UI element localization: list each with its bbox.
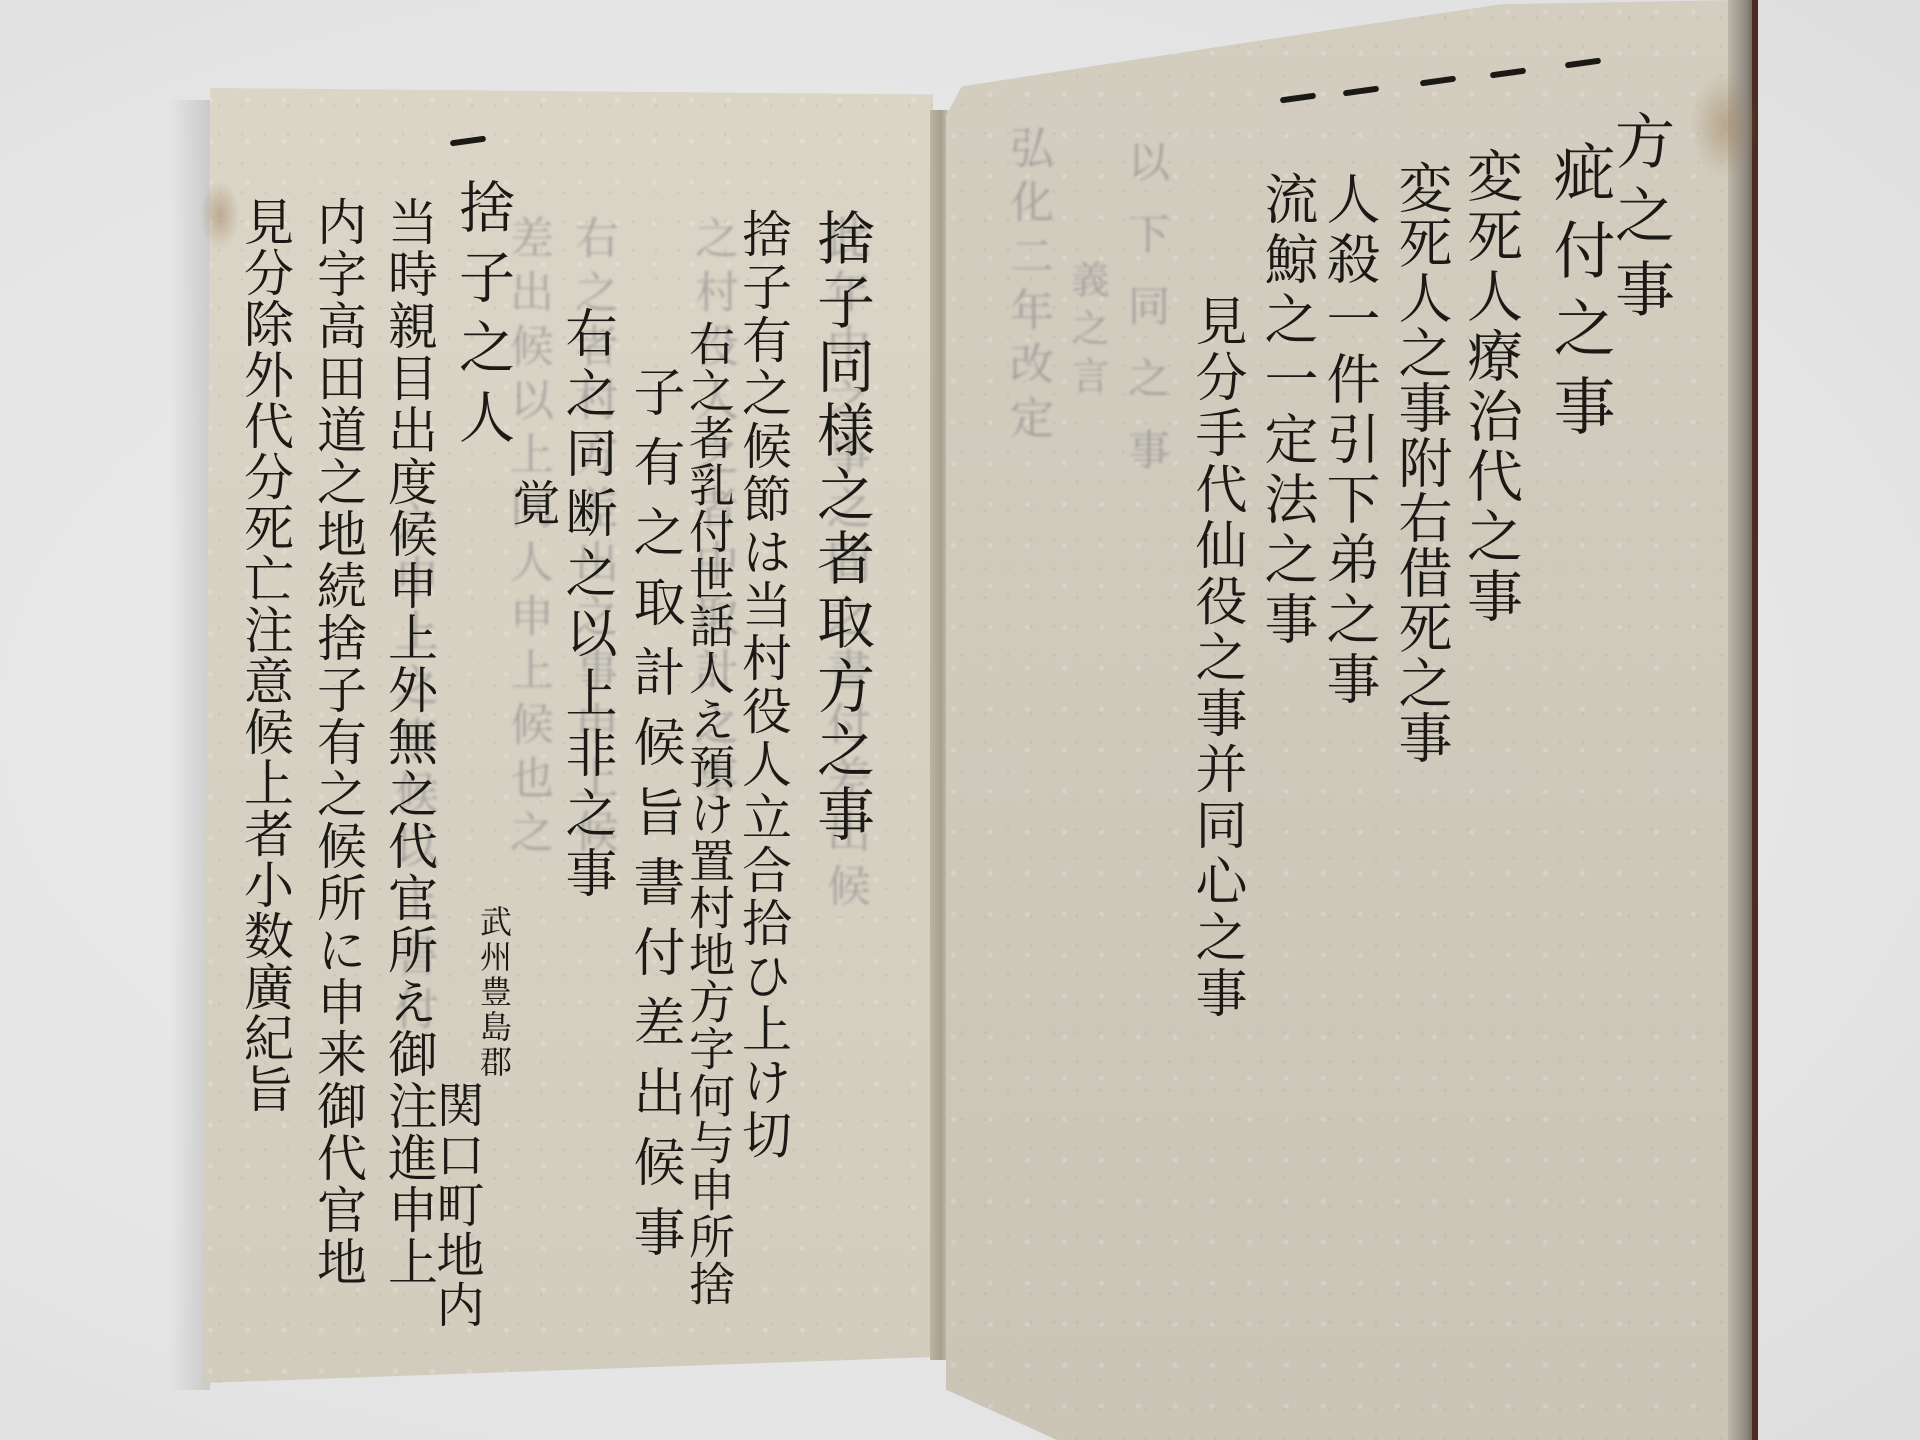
text-column: 当時親目出度候申上外無之代官所え御注進申上 <box>384 196 434 1288</box>
page-edge-shadow <box>1728 0 1754 1440</box>
text-column: 内字高田道之地続捨子有之候所に申来御代官地 <box>313 196 363 1288</box>
text-column: 子有之取計候旨書付差出候事 <box>628 365 680 1275</box>
book-gutter <box>930 110 948 1360</box>
note-column: 見分手代仙役之事并同心之事 <box>1190 294 1242 1022</box>
book-cover-edge <box>1752 0 1758 1440</box>
text-column: 右之同断之以上非之事 <box>560 306 612 906</box>
list-item: 疵付之事 <box>1548 140 1610 452</box>
text-column: 捨子有之候節は当村役人立合拾ひ上け切 <box>738 208 788 1162</box>
bleed-through-text: 義之言 <box>1068 260 1106 404</box>
section-heading: 覚 <box>508 478 556 530</box>
bleed-through-text: 弘化二年改定 <box>1005 125 1049 449</box>
list-item: 変死人之事附右借死之事 <box>1394 160 1448 765</box>
list-item: 流鯨之一定法之事 <box>1260 171 1314 651</box>
list-item: 人殺一件引下弟之事 <box>1322 171 1376 711</box>
bleed-through-text: 以下同之事 <box>1125 140 1167 500</box>
signature-place: 武州豊島郡 <box>478 905 510 1080</box>
list-item: 変死人療治代之事 <box>1462 147 1518 627</box>
water-stain <box>1690 70 1760 180</box>
text-column: 右之者乳付世話人え預け置村地方字何与申所捨 <box>686 320 732 1307</box>
page-shadow <box>170 100 210 1390</box>
text-column: 見分除外代分死亡注意候上者小数廣紀旨 <box>240 196 290 1114</box>
signature-name: 関口町地内 <box>432 1080 480 1330</box>
text-column: 捨子同様之者取方之事 <box>812 208 870 848</box>
right-page-heading: 方之事 <box>1610 110 1670 332</box>
water-stain <box>200 180 240 250</box>
text-column: 捨子之人 <box>454 178 510 458</box>
